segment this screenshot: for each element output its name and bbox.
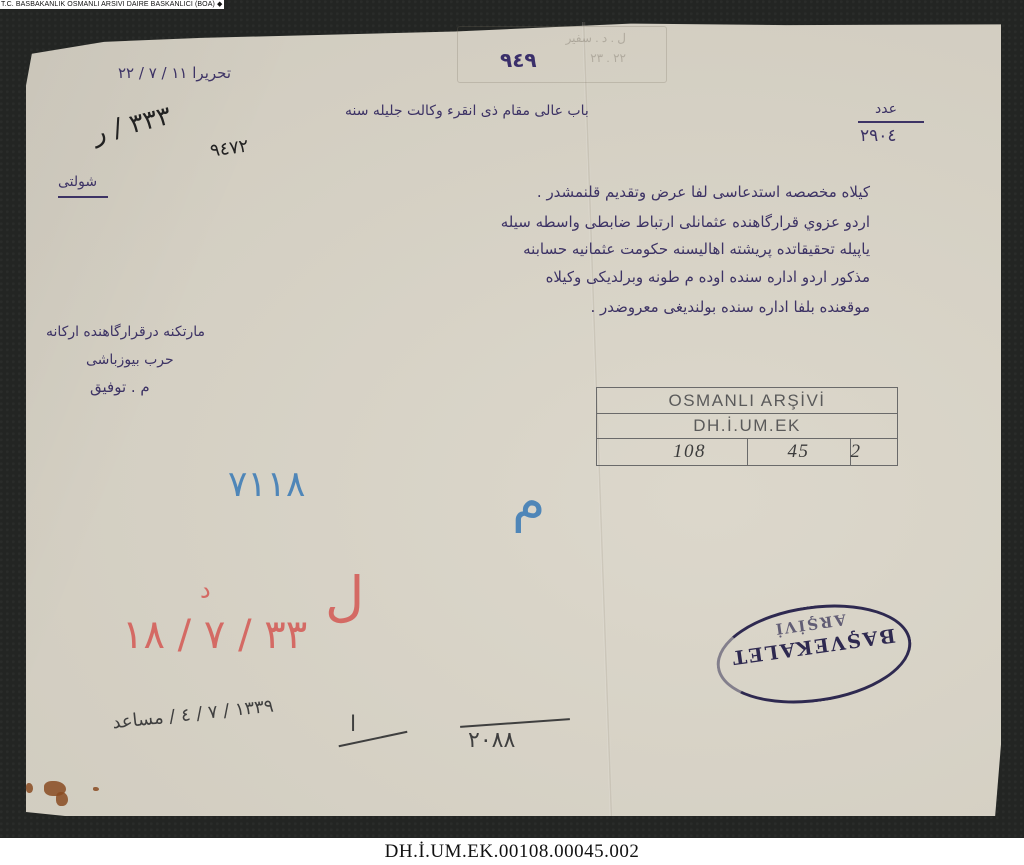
body-line: كيلاه مخصصه استدعاسى لفا عرض وتقديم قلنم… (140, 183, 870, 201)
faint-stamp-line: ل . د . سفير (566, 31, 626, 45)
rust-stain (56, 792, 68, 806)
archive-document-number: 2 (851, 439, 862, 465)
archive-fond: DH.İ.UM.EK (597, 414, 897, 439)
catalog-id-caption: DH.İ.UM.EK.00108.00045.002 (0, 838, 1024, 865)
archive-title: OSMANLI ARŞİVİ (597, 388, 897, 414)
body-line: اردو عزوي قرارگاهنده عثمانلى ارتباط ضابط… (75, 213, 870, 231)
closing-line: مارتكنه درقرارگاهنده اركانه (46, 324, 205, 340)
archive-box-number: 108 (633, 439, 748, 465)
archive-header-label: T.C. BASBAKANLIK OSMANLI ARSIVI DAIRE BA… (0, 0, 224, 9)
archive-file-number: 45 (748, 439, 851, 465)
rust-stain (26, 783, 33, 793)
signature: م . توفيق (90, 378, 150, 396)
blue-pencil-mark: م (512, 470, 545, 533)
archive-reference-stamp: OSMANLI ARŞİVİ DH.İ.UM.EK 108 45 2 (596, 387, 898, 466)
closing-line: حرب بيوزباشى (86, 352, 174, 368)
red-pencil-date: ٣٣ / ٧ / ١٨ (122, 612, 307, 658)
subject-underline (58, 196, 108, 198)
red-pencil-letter: ل (325, 565, 364, 628)
ref-underline (858, 121, 924, 123)
body-line: ياپيله تحقيقاتده پريشته اهاليسنه حكومت ع… (75, 240, 870, 258)
date-line: تحريرا ١١ / ٧ / ٢٢ (118, 64, 231, 82)
document-number: ٩٤٩ (500, 48, 537, 72)
heading-line: باب عالى مقام ذى انقرء وكالت جليله سنه (345, 103, 589, 119)
blue-pencil-number: ٧١١٨ (228, 464, 305, 505)
faint-stamp-line: ٢٢ . ٢٣ (590, 51, 626, 65)
ref-number: ٢٩٠٤ (860, 126, 897, 146)
body-line: مذكور اردو اداره سنده اوده م طونه وبرلدي… (85, 268, 870, 286)
archive-numbers-row: 108 45 2 (597, 439, 897, 465)
pencil-mark: ا (350, 712, 356, 737)
body-line: موقعنده بلفا اداره سنده بولنديغى معروضدر… (178, 298, 870, 316)
red-pencil-date-top: د (200, 576, 211, 604)
ref-label: عدد (875, 101, 897, 117)
subject-label: شولتى (58, 174, 97, 190)
pencil-number: ٢٠٨٨ (468, 728, 515, 753)
faint-registry-stamp: ل . د . سفير ٢٢ . ٢٣ (457, 26, 667, 83)
rust-stain (93, 787, 99, 791)
